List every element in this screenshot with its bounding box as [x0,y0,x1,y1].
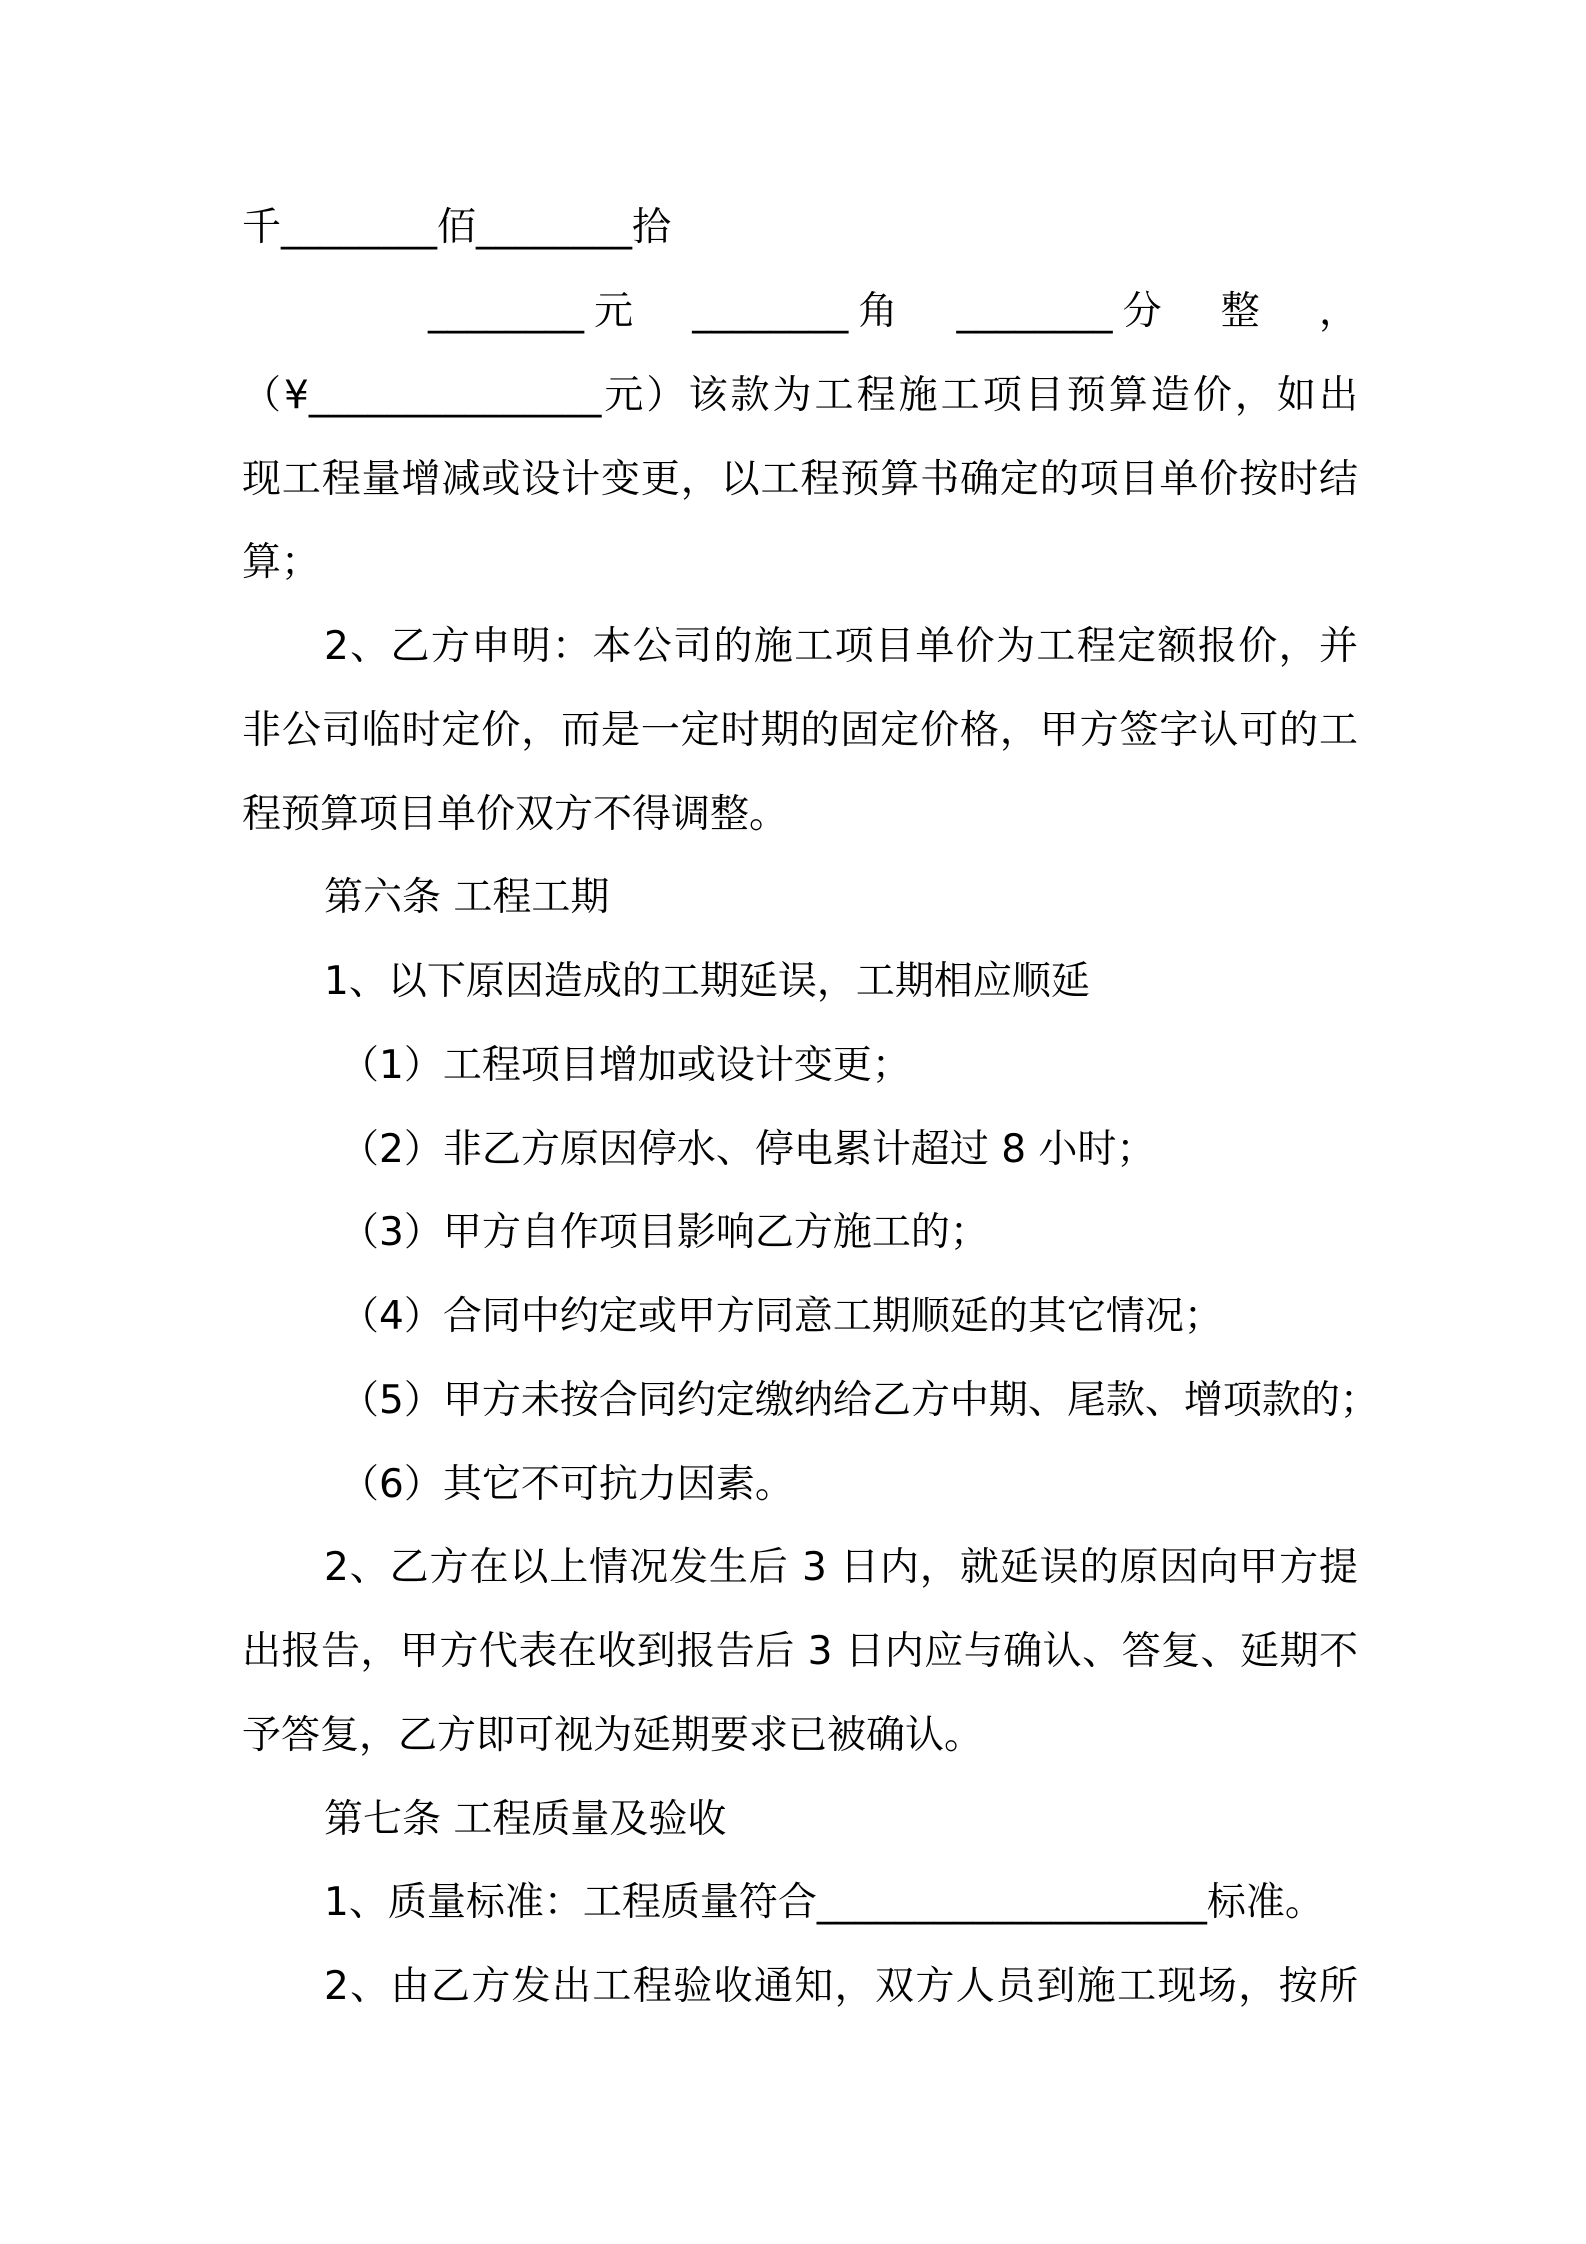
clause-1-delay-causes: 1、以下原因造成的工期延误，工期相应顺延 [324,957,1090,1007]
paragraph-line: 非公司临时定价，而是一定时期的固定价格，甲方签字认可的工 [242,706,1358,756]
paragraph-line: 现工程量增减或设计变更，以工程预算书确定的项目单价按时结 [242,455,1358,505]
list-item: （2）非乙方原因停水、停电累计超过 8 小时； [340,1125,1155,1175]
section-heading-article-7: 第七条 工程质量及验收 [324,1795,726,1845]
list-item: （4）合同中约定或甲方同意工期顺延的其它情况； [340,1292,1223,1342]
list-item: （5）甲方未按合同约定缴纳给乙方中期、尾款、增项款的； [340,1376,1379,1426]
clause-2-statement: 2、乙方申明：本公司的施工项目单价为工程定额报价，并 [324,622,1358,672]
paragraph-line: （¥_______________元）该款为工程施工项目预算造价，如出 [242,371,1358,421]
amount-line-yuan-jiao-fen: ________元 ________角 ________分 整 ， [428,287,1358,337]
clause-1-quality-standard: 1、质量标准：工程质量符合____________________标准。 [324,1878,1324,1928]
list-item: （6）其它不可抗力因素。 [340,1460,794,1510]
list-item: （3）甲方自作项目影响乙方施工的； [340,1208,989,1258]
paragraph-line: 予答复，乙方即可视为延期要求已被确认。 [242,1711,983,1761]
paragraph-line: 程预算项目单价双方不得调整。 [242,790,788,840]
paragraph-line: 算； [242,538,320,588]
list-item: （1）工程项目增加或设计变更； [340,1041,911,1091]
paragraph-line: 出报告，甲方代表在收到报告后 3 日内应与确认、答复、延期不 [242,1627,1358,1677]
clause-2-acceptance: 2、由乙方发出工程验收通知，双方人员到施工现场，按所 [324,1962,1358,2012]
clause-2-report: 2、乙方在以上情况发生后 3 日内，就延误的原因向甲方提 [324,1543,1358,1593]
section-heading-article-6: 第六条 工程工期 [324,873,609,923]
amount-line-thousands: 千________佰________拾 [242,203,671,253]
